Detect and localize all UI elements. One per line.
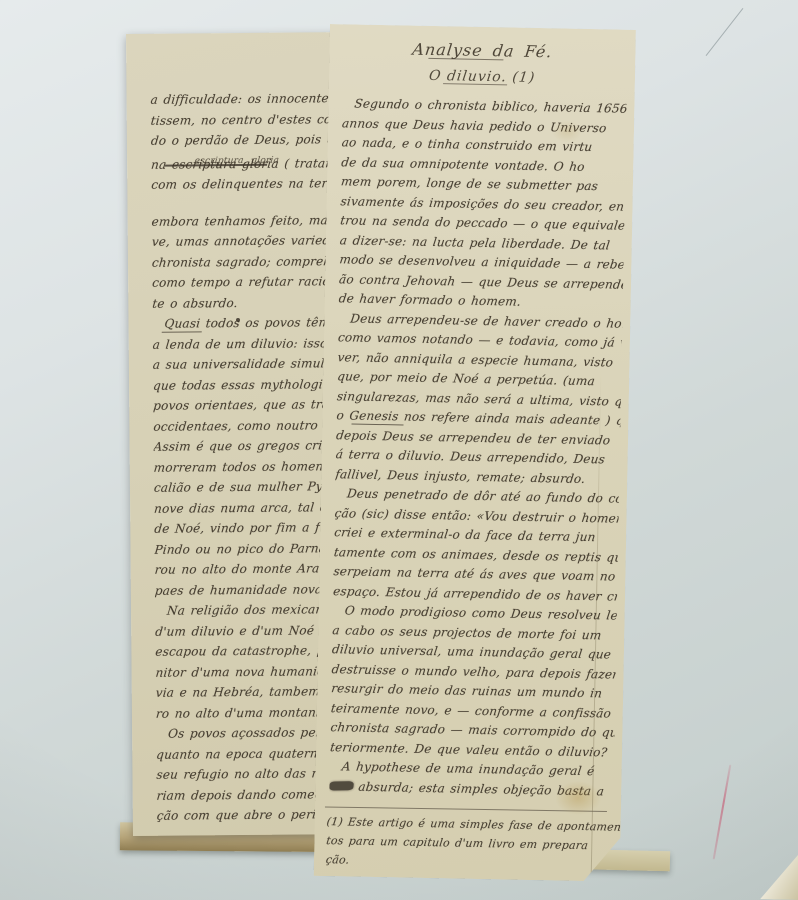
footnote-rule (325, 807, 607, 812)
manuscript-line: tissem, no centro d'estes com (150, 109, 345, 131)
manuscript-line: a difficuldade: os innocentes o (150, 88, 345, 110)
page-subtitle: O diluvio. (1) (428, 68, 536, 86)
page-header: Analyse da Fé. O diluvio. (1) (329, 38, 636, 88)
manuscript-line: de Noé, vindo por fim a f (153, 517, 349, 539)
ink-dot (236, 318, 240, 322)
manuscript-line: que todas essas mythologi (152, 374, 348, 396)
manuscript-line: calião e de sua mulher Pyrrh (153, 476, 349, 498)
footnote-text: (1) Este artigo é uma simples fase de ap… (326, 812, 615, 875)
red-ink-mark (713, 765, 732, 860)
right-manuscript-page: Analyse da Fé. O diluvio. (1) Segundo o … (314, 24, 636, 882)
manuscript-line: a sua universalidade simult (152, 353, 348, 375)
manuscript-line: ve, umas annotações varieda (151, 230, 347, 252)
page-title: Analyse da Fé. (411, 40, 553, 62)
manuscript-line: na escriptura gloria ( tratante d (150, 153, 346, 175)
manuscript-line: te o absurdo. (151, 292, 347, 314)
manuscript-line: a lenda de um diluvio: isso pr (152, 333, 348, 355)
manuscript-line: occidentaes, como noutro logar (152, 415, 348, 437)
manuscript-line: morreram todos os homens, sa (153, 456, 349, 478)
background-scratch (706, 8, 744, 56)
right-page-text: Segundo o chronista biblico, haveria 165… (329, 94, 626, 801)
manuscript-line: do o perdão de Deus, pois q (150, 129, 345, 151)
manuscript-line: nove dias numa arca, tal co (153, 497, 349, 519)
manuscript-photo: a difficuldade: os innocentes otissem, n… (0, 0, 798, 900)
manuscript-line: embora tenhamos feito, mas to (151, 210, 347, 232)
manuscript-line: como tempo a refutar raciona (151, 271, 347, 293)
manuscript-line: Assim é que os gregos criam num (153, 435, 349, 457)
manuscript-line: com os delinquentes na terrivel (150, 173, 346, 195)
manuscript-line: povos orientaes, que as trans (152, 394, 348, 416)
manuscript-line: chronista sagrado; comprehende (151, 251, 347, 273)
dog-ear-fold (760, 853, 798, 900)
manuscript-line: Quasi todos os povos têm na s (152, 312, 348, 334)
